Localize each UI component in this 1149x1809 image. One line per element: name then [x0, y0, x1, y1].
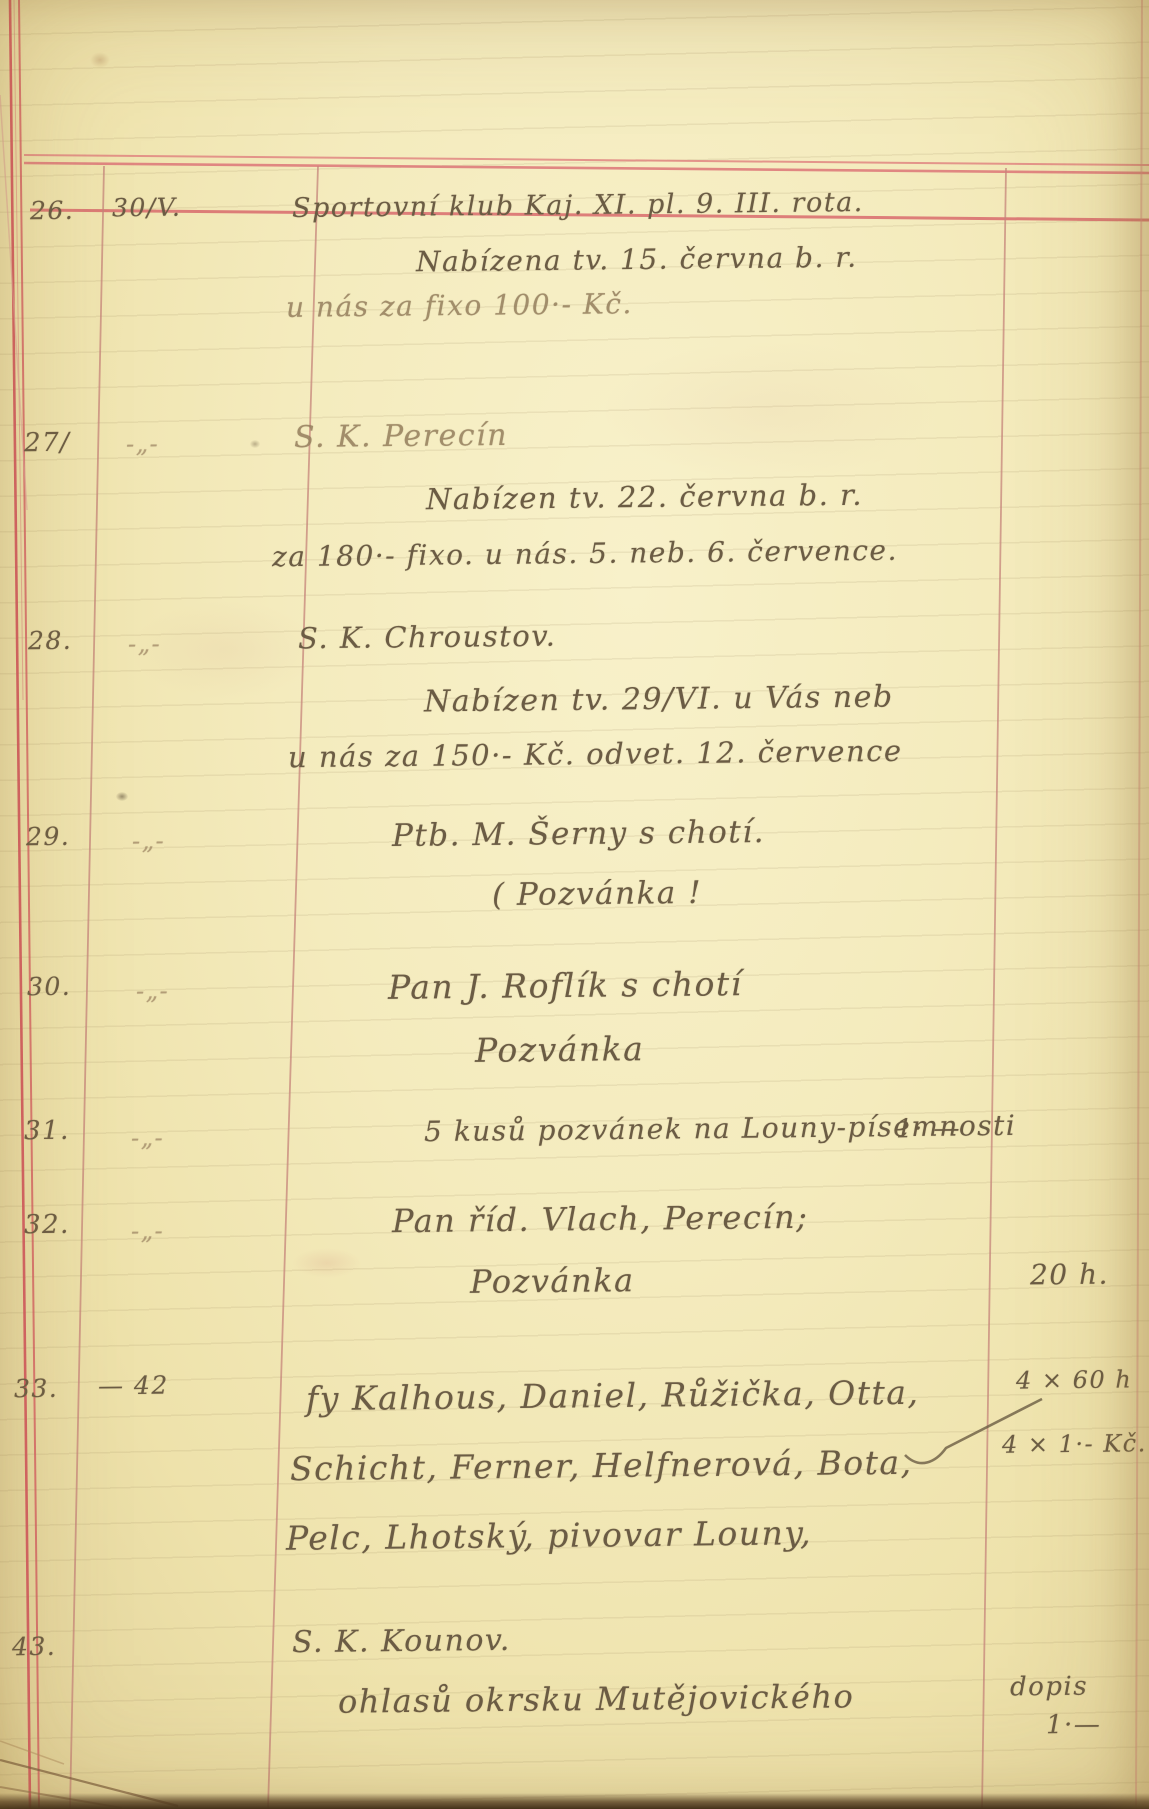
entry-text-line: Nabízena tv. 15. června b. r. — [416, 241, 858, 279]
column-divider-amount — [982, 168, 1006, 1809]
entry-number: 32. — [24, 1210, 70, 1240]
entry-amount: 20 h. — [1030, 1258, 1109, 1292]
entry-number: 33. — [14, 1374, 59, 1403]
margin-rule-inner — [19, 0, 39, 1809]
entry-text-line: Pozvánka — [475, 1029, 645, 1070]
column-divider-number — [70, 166, 104, 1809]
entry-text-line: Pelc, Lhotský, pivovar Louny, — [286, 1513, 812, 1558]
entry-text-line: S. K. Chroustov. — [298, 619, 557, 656]
right-edge-rule — [1136, 0, 1142, 1809]
entry-text-line: Ptb. M. Šerny s chotí. — [392, 814, 765, 854]
margin-rule-outer — [10, 0, 30, 1809]
entry-amount: dopis — [1010, 1672, 1088, 1703]
entry-text-line: ( Pozvánka ! — [492, 875, 702, 913]
entry-amount: 4 × 60 h — [1016, 1365, 1133, 1394]
entry-amount: 1· — — [896, 1114, 961, 1145]
column-divider-date — [268, 166, 318, 1809]
entry-date-ditto: -„- — [131, 1124, 164, 1152]
entry-text-line: Sportovní klub Kaj. XI. pl. 9. III. rota… — [292, 187, 864, 224]
entry-date-ditto: -„- — [131, 1217, 164, 1245]
entry-text-line: Pan J. Roflík s chotí — [388, 964, 743, 1007]
entry-text-line: Nabízen tv. 29/VI. u Vás neb — [424, 680, 894, 720]
entry-text-line: Nabízen tv. 22. června b. r. — [426, 478, 863, 517]
entry-number: 30. — [27, 972, 72, 1001]
page-stack-edge-3 — [0, 1741, 64, 1764]
entry-number: 43. — [12, 1632, 57, 1661]
entry-text-line: fy Kalhous, Daniel, Růžička, Otta, — [306, 1373, 920, 1418]
entry-text-line: S. K. Perecín — [294, 418, 508, 455]
entry-date-ditto: -„- — [128, 630, 161, 658]
entry-date-ditto: -„- — [126, 430, 159, 458]
entry-text-line: u nás za fixo 100·- Kč. — [286, 287, 633, 324]
entry-text-line: ohlasů okrsku Mutějovického — [338, 1677, 855, 1720]
entry-number: 26. — [30, 196, 75, 225]
entry-date-ditto: -„- — [136, 977, 169, 1005]
entry-number: 31. — [24, 1116, 70, 1146]
scan-bottom-edge — [0, 1793, 1149, 1809]
entry-amount: 1·— — [1046, 1710, 1102, 1741]
entry-number: 28. — [28, 626, 73, 655]
entry-text-line: u nás za 150·- Kč. odvet. 12. července — [288, 734, 903, 774]
entry-amount: 4 × 1·- Kč. — [1002, 1429, 1147, 1459]
entry-text-line: Pozvánka — [470, 1261, 635, 1301]
entry-text-line: Schicht, Ferner, Helfnerová, Bota, — [290, 1443, 913, 1489]
ledger-page: 26. 30/V. Sportovní klub Kaj. XI. pl. 9.… — [0, 0, 1149, 1809]
entry-date-ditto: -„- — [132, 827, 165, 855]
entry-number: 27/ — [24, 428, 71, 458]
entry-text-line: S. K. Kounov. — [292, 1623, 511, 1660]
entry-text-line: Pan říd. Vlach, Perecín; — [392, 1198, 809, 1240]
entry-date: 30/V. — [112, 193, 182, 223]
entry-date: — 42 — [98, 1371, 169, 1401]
entry-text-line: za 180·- fixo. u nás. 5. neb. 6. červenc… — [272, 534, 898, 574]
entry-number: 29. — [26, 822, 71, 851]
